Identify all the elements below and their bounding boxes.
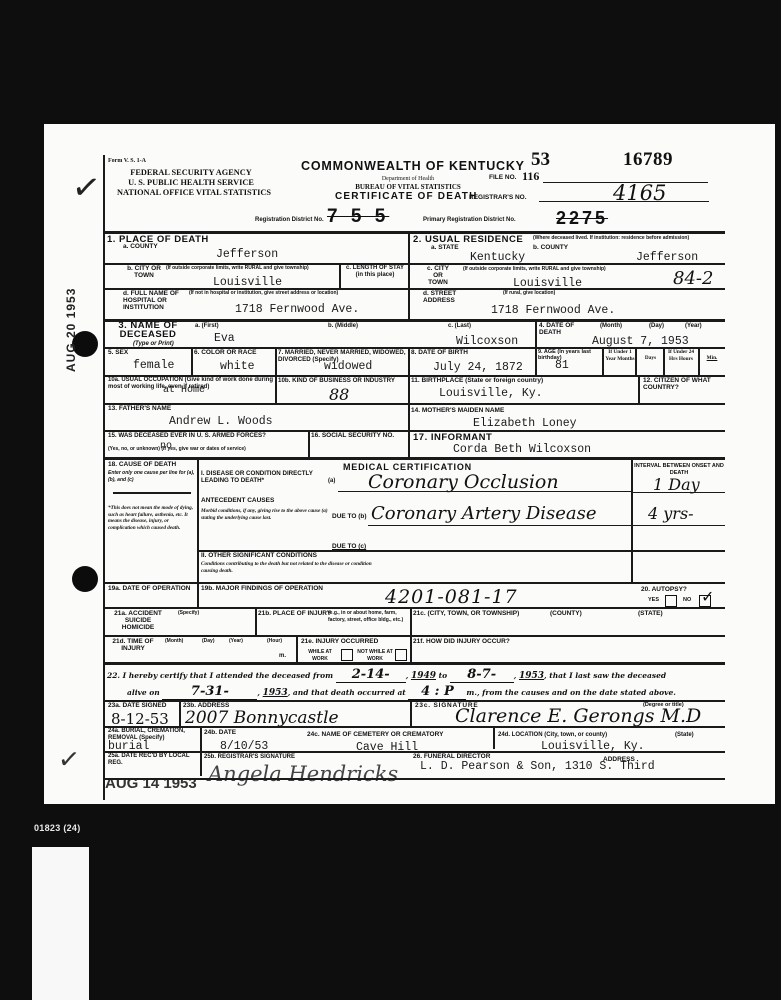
armed-forces-label: 15. WAS DECEASED EVER IN U. S. ARMED FOR… — [108, 432, 308, 439]
dod-day-label: (Day) — [649, 322, 664, 330]
certificate-title: CERTIFICATE OF DEATH — [335, 191, 478, 202]
business-label: 10b. KIND OF BUSINESS OR INDUSTRY — [278, 377, 406, 384]
street-note: (If rural, give location) — [503, 290, 555, 297]
state-label: a. STATE — [431, 244, 459, 252]
check-mark-icon: ✓ — [69, 166, 103, 210]
injury-year-label: (Year) — [229, 638, 243, 645]
accident-label: 21a. ACCIDENT SUICIDE HOMICIDE — [108, 610, 168, 631]
death-county: Jefferson — [216, 248, 278, 261]
residence-street: 1718 Fernwood Ave. — [491, 304, 615, 317]
age-label: 9. AGE (In years last birthday) — [538, 349, 600, 361]
registration-district: 7 5 5 — [327, 206, 389, 228]
last-name-label: c. (Last) — [448, 322, 471, 330]
file-number: 16789 — [623, 149, 673, 171]
agency-line-1: FEDERAL SECURITY AGENCY — [106, 168, 276, 178]
state-title: COMMONWEALTH OF KENTUCKY — [301, 159, 525, 173]
attended-from: 2-14- — [336, 667, 406, 683]
while-at-work-checkbox[interactable] — [341, 649, 353, 661]
time-of-death: 4 : P — [408, 684, 466, 700]
mother-name-label: 14. MOTHER'S MAIDEN NAME — [411, 407, 504, 415]
sex: female — [133, 359, 174, 372]
city-note: (If outside corporate limits, write RURA… — [166, 265, 336, 272]
interval-b: 4 yrs- — [648, 504, 694, 523]
due-to-b-label: DUE TO (b) — [332, 513, 367, 521]
time-of-injury-label: 21d. TIME OF INJURY — [108, 638, 158, 652]
age: 81 — [555, 359, 569, 372]
certify-statement-2: alive on 7-31-, 1953, and that death occ… — [127, 684, 676, 700]
accident-specify: (Specify) — [178, 610, 199, 617]
primary-district-label: Primary Registration District No. — [423, 217, 516, 224]
cause-note: Enter only one cause per line for (a), (… — [108, 470, 196, 484]
operation-date-label: 19a. DATE OF OPERATION — [108, 585, 196, 592]
injury-m-label: m. — [279, 653, 286, 660]
residence-city-label: c. CITY OR TOWN — [423, 265, 453, 286]
injury-state-label: (STATE) — [638, 610, 663, 618]
registrar-signature: Angela Hendricks — [208, 762, 398, 786]
autopsy-no-label: NO — [683, 597, 691, 604]
operation-findings-label: 19b. MAJOR FINDINGS OF OPERATION — [201, 585, 323, 593]
microfilm-target-card — [32, 847, 89, 1000]
check-mark-icon: ✓ — [56, 744, 81, 776]
city-label: b. CITY OR TOWN — [125, 265, 163, 279]
usual-residence-note: (Where deceased lived. If institution: r… — [533, 235, 723, 242]
file-no-prefix: 116 — [522, 169, 539, 184]
disease-label: I. DISEASE OR CONDITION DIRECTLY LEADING… — [201, 470, 321, 484]
name-of-deceased-label: 3. NAME OF DECEASED — [108, 321, 188, 339]
injury-occurred-label: 21e. INJURY OCCURRED — [301, 638, 378, 646]
microfilm-id: 01823 (24) — [34, 823, 81, 833]
death-address: 1718 Fernwood Ave. — [235, 303, 359, 316]
other-conditions-note: Conditions contributing to the death but… — [201, 561, 381, 574]
race: white — [220, 360, 255, 373]
place-of-injury-note: (e.g., in or about home, farm, factory, … — [328, 610, 408, 624]
agency-line-3: NATIONAL OFFICE VITAL STATISTICS — [106, 188, 282, 198]
last-seen-alive: 7-31- — [162, 684, 257, 700]
date-of-death-label: 4. DATE OF DEATH — [539, 322, 575, 336]
informant: Corda Beth Wilcoxson — [453, 443, 591, 456]
under-1-year-days: Days — [638, 355, 663, 362]
length-of-stay-label: c. LENGTH OF STAY (in this place) — [342, 265, 408, 279]
sex-label: 5. SEX — [108, 349, 128, 357]
cause-of-death-label: 18. CAUSE OF DEATH — [108, 461, 176, 469]
physician-signature: Clarence E. Gerongs M.D — [455, 705, 701, 727]
operation-findings: 4201-081-17 — [385, 586, 518, 608]
date-of-birth-label: 8. DATE OF BIRTH — [411, 349, 468, 357]
location-label: 24d. LOCATION (City, town, or county) — [498, 731, 607, 739]
under-24-hrs-min: Min. — [700, 355, 724, 362]
registrar-no-label: REGISTRAR'S NO. — [469, 194, 527, 201]
usual-residence-label: 2. USUAL RESIDENCE — [413, 234, 523, 245]
burial-date-label: 24b. DATE — [204, 729, 236, 737]
injury-day-label: (Day) — [202, 638, 215, 645]
certifier-address: 2007 Bonnycastle — [185, 708, 339, 728]
other-conditions-label: II. OTHER SIGNIFICANT CONDITIONS — [201, 552, 317, 560]
mother-name: Elizabeth Loney — [473, 417, 577, 430]
attended-to-year: 1953 — [519, 671, 544, 681]
date-received-label: 25a. DATE REC'D BY LOCAL REG. — [108, 753, 198, 767]
place-of-injury-label: 21b. PLACE OF INJURY — [258, 610, 331, 618]
date-signed-label: 23a. DATE SIGNED — [108, 702, 166, 710]
father-name-label: 13. FATHER'S NAME — [108, 405, 171, 413]
under-24-hrs-hours: If Under 24 Hrs Hours — [665, 349, 697, 363]
birthplace-label: 11. BIRTHPLACE (State or foreign country… — [411, 377, 543, 385]
race-label: 6. COLOR OR RACE — [194, 349, 256, 357]
father-name: Andrew L. Woods — [169, 415, 273, 428]
while-at-work-label: WHILE AT WORK — [300, 649, 340, 663]
birthplace: Louisville, Ky. — [439, 387, 543, 400]
form-number: Form V. S. 1-A — [108, 158, 146, 165]
citizenship-label: 12. CITIZEN OF WHAT COUNTRY? — [643, 377, 723, 391]
occupation: at Home — [163, 385, 205, 396]
file-year: 53 — [531, 149, 550, 171]
armed-forces: no — [160, 441, 172, 452]
hospital-note: (If not in hospital or institution, give… — [189, 290, 404, 297]
certify-statement: 22. I hereby certify that I attended the… — [107, 667, 666, 683]
cause-a-label: (a) — [328, 478, 335, 485]
county-label: a. COUNTY — [123, 243, 158, 251]
hospital-label: d. FULL NAME OF HOSPITAL OR INSTITUTION — [123, 290, 185, 311]
date-of-birth: July 24, 1872 — [433, 361, 523, 374]
residence-code: 84-2 — [673, 268, 713, 289]
how-injury-label: 21f. HOW DID INJURY OCCUR? — [413, 638, 510, 646]
antecedent-causes-label: ANTECEDENT CAUSES — [201, 497, 274, 505]
business: 88 — [329, 385, 349, 404]
autopsy-yes-checkbox[interactable] — [665, 595, 677, 607]
last-seen-year: 1953 — [263, 688, 288, 698]
street-label: d. STREET ADDRESS — [423, 290, 463, 304]
first-name-label: a. (First) — [195, 322, 219, 330]
registration-district-label: Registration District No. — [255, 217, 324, 224]
injury-hour-label: (Hour) — [267, 638, 282, 645]
agency-line-2: U. S. PUBLIC HEALTH SERVICE — [106, 178, 276, 188]
marital-status: widowed — [324, 360, 372, 373]
primary-district: 2275 — [556, 208, 608, 229]
received-stamp: AUG 20 1953 — [64, 288, 78, 372]
attended-from-year: 1949 — [411, 671, 436, 681]
cemetery-label: 24c. NAME OF CEMETERY OR CREMATORY — [307, 731, 443, 739]
ssn-label: 16. SOCIAL SECURITY NO. — [311, 432, 406, 440]
registrar-signature-label: 25b. REGISTRAR'S SIGNATURE — [204, 753, 295, 761]
injury-city-label: 21c. (CITY, TOWN, OR TOWNSHIP) — [413, 610, 519, 618]
death-certificate-form: Form V. S. 1-A FEDERAL SECURITY AGENCY U… — [103, 155, 725, 800]
under-1-year-months: If Under 1 Year Months — [605, 349, 635, 363]
injury-county-label: (COUNTY) — [550, 610, 582, 618]
antecedent-note: Morbid conditions, if any, giving rise t… — [201, 508, 331, 521]
punch-hole-icon — [72, 566, 98, 592]
middle-name-label: b. (Middle) — [328, 322, 358, 330]
funeral-director: L. D. Pearson & Son, 1310 S. Third — [420, 760, 655, 773]
injury-month-label: (Month) — [165, 638, 183, 645]
file-no-label: FILE NO. — [489, 174, 516, 181]
not-while-at-work-checkbox[interactable] — [395, 649, 407, 661]
cause-footnote: *This does not mean the mode of dying, s… — [108, 505, 196, 531]
cause-a: Coronary Occlusion — [368, 471, 559, 493]
dod-year-label: (Year) — [685, 322, 702, 330]
dod-month-label: (Month) — [600, 322, 622, 330]
location-state-label: (State) — [675, 731, 694, 739]
autopsy-yes-label: YES — [648, 597, 659, 604]
residence-county-label: b. COUNTY — [533, 244, 568, 252]
autopsy-label: 20. AUTOPSY? — [641, 586, 687, 594]
attended-to: 8-7- — [450, 667, 514, 683]
cause-b: Coronary Artery Disease — [371, 503, 597, 524]
first-name: Eva — [214, 332, 235, 345]
informant-label: 17. INFORMANT — [413, 432, 492, 443]
not-while-at-work-label: NOT WHILE AT WORK — [355, 649, 395, 663]
autopsy-check-icon: ✓ — [701, 587, 714, 606]
armed-forces-note: (Yes, no, or unknown) (If yes, give war … — [108, 446, 308, 453]
